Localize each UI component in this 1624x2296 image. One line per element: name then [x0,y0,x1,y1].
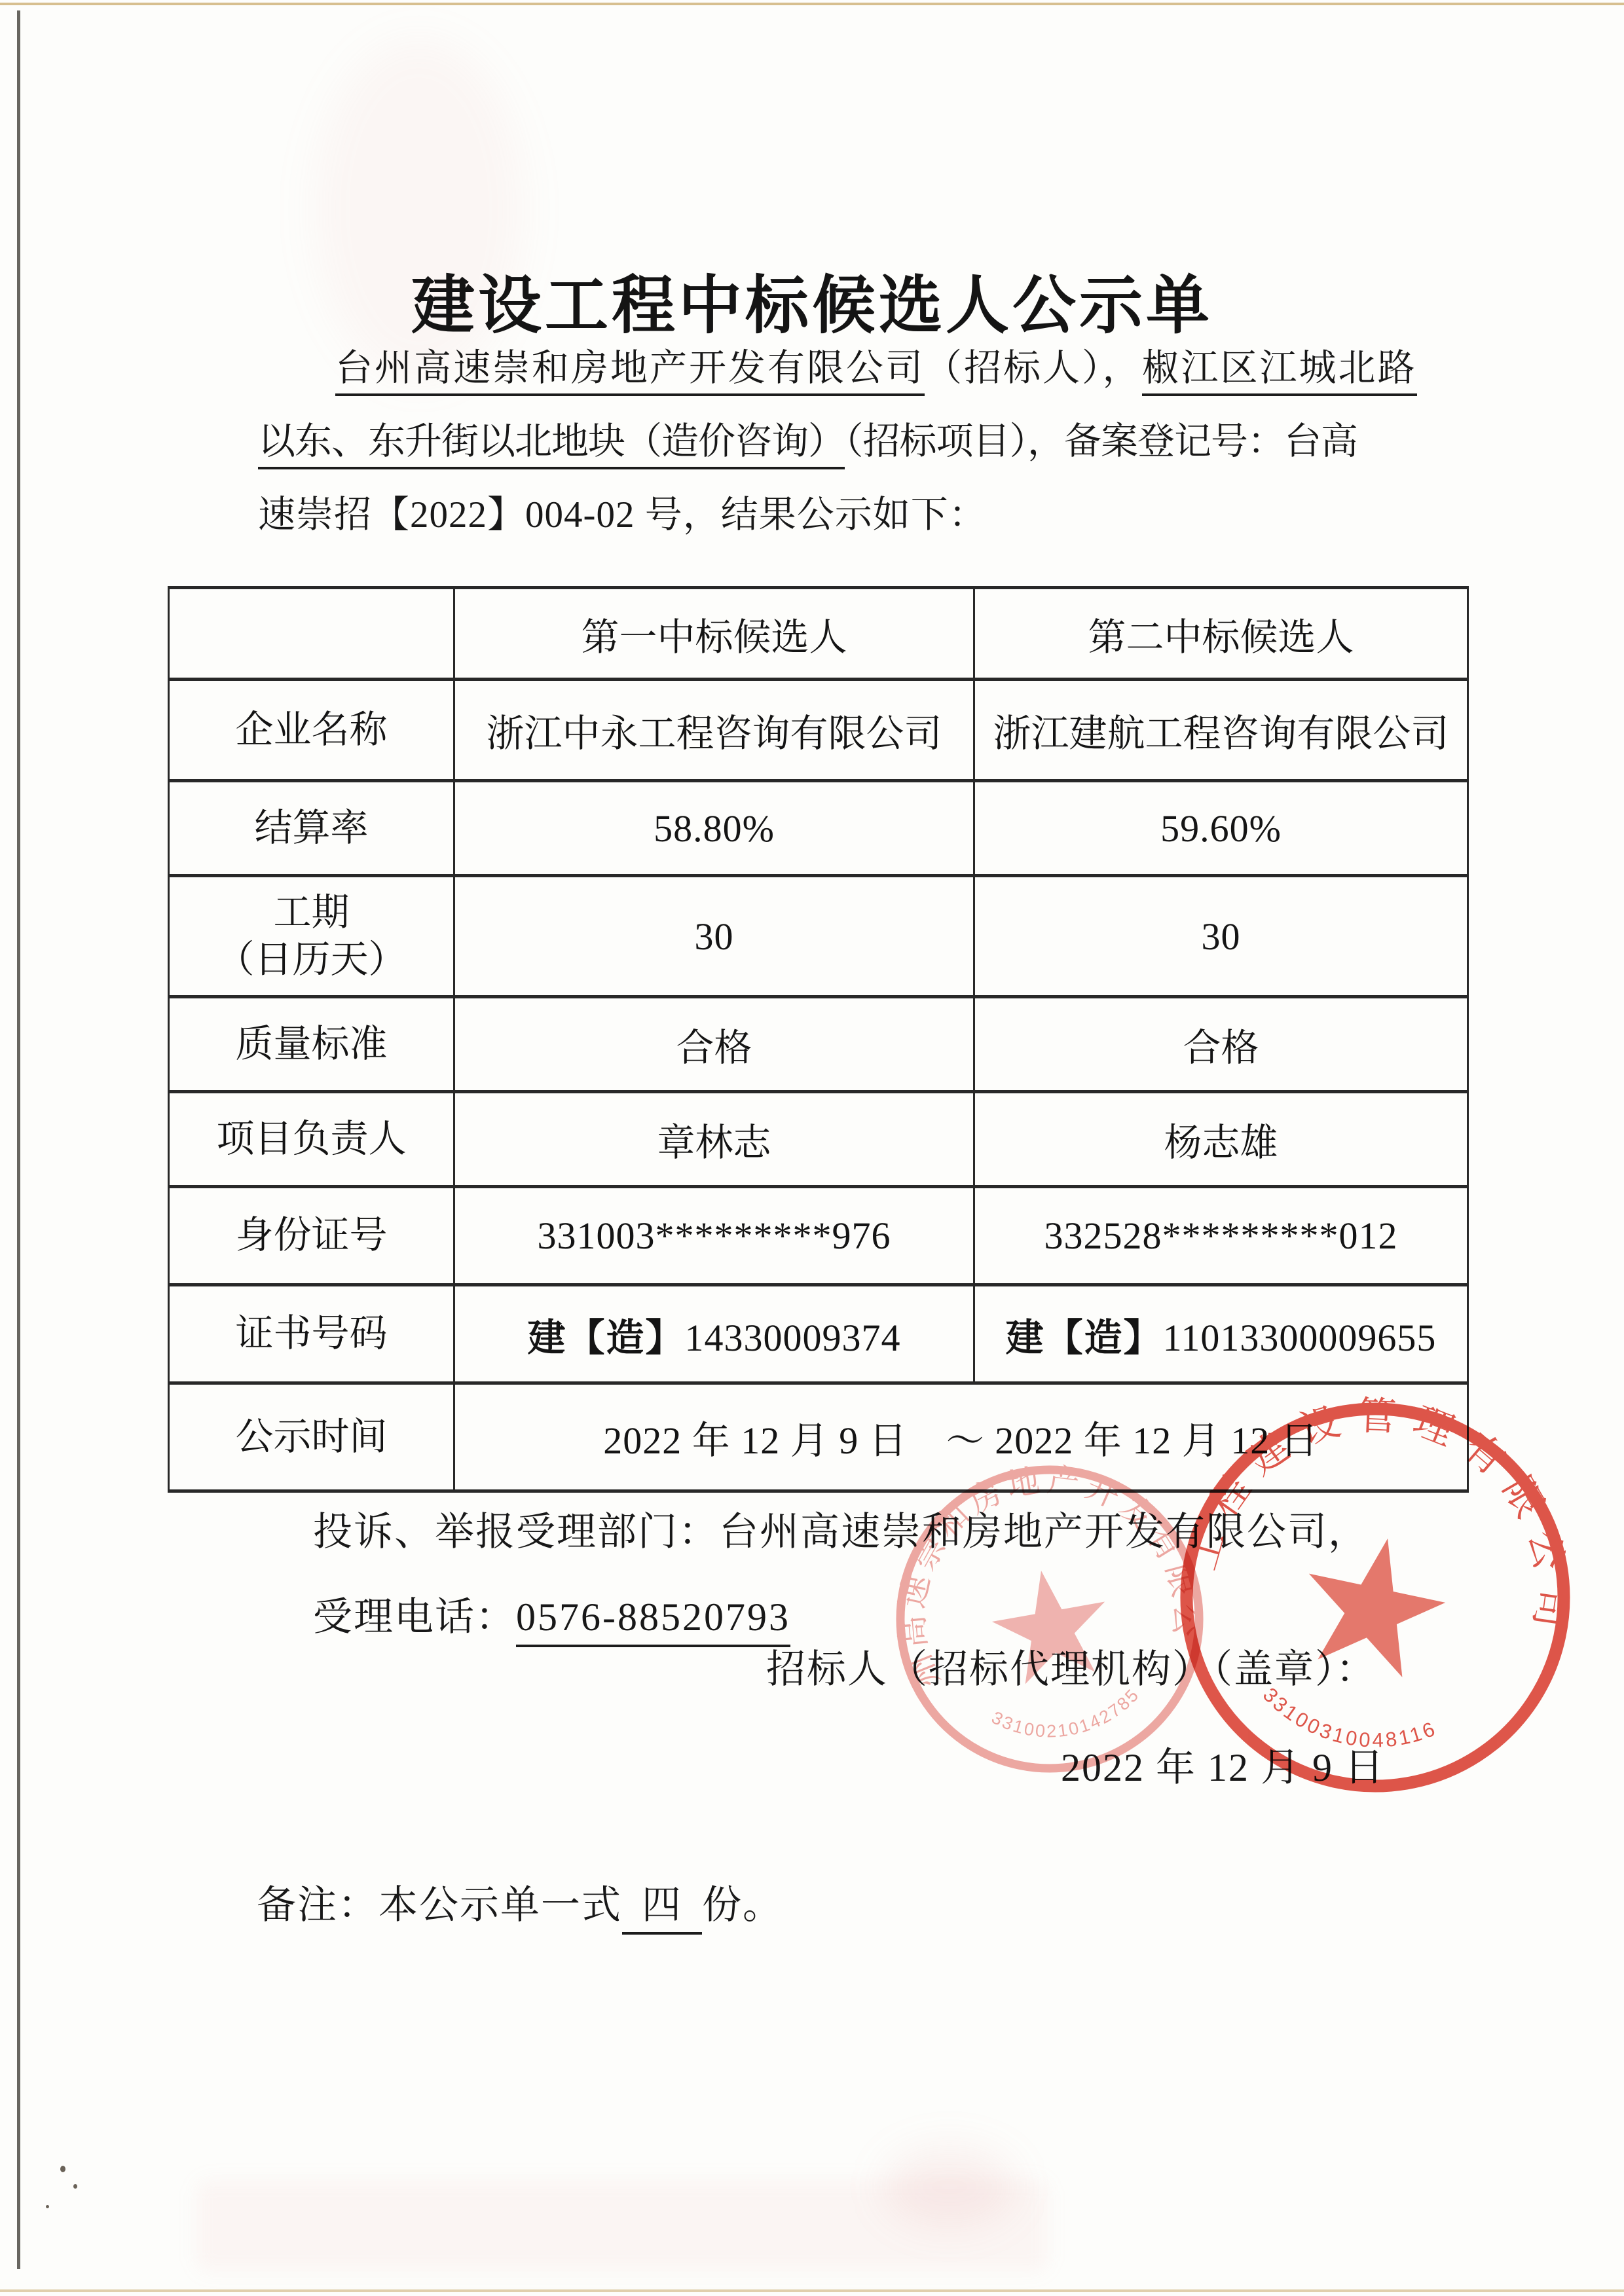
row-label: 企业名称 [169,680,454,781]
scan-smudge [196,2180,1048,2272]
table-row-duration: 工期 （日历天） 30 30 [169,876,1468,997]
seal-caption: 招标人（招标代理机构）（盖章）： [766,1638,1376,1694]
complaint-line: 投诉、举报受理部门：台州高速崇和房地产开发有限公司， [313,1501,1369,1557]
certificate-number-2: 11013300009655 [1163,1317,1437,1359]
scan-smudge [884,2147,1015,2226]
intro-line-2: 以东、东升街以北地块（造价咨询）（招标项目），备案登记号：台高 [258,411,1357,465]
rate-cell-2: 59.60% [974,781,1468,876]
underlined-bidder-name: 台州高速崇和房地产开发有限公司 [335,348,925,396]
intro-line-3: 速崇招【2022】004-02 号，结果公示如下： [258,484,987,538]
publicity-period-cell: 2022 年 12 月 9 日 ～ 2022 年 12 月 12 日 [454,1383,1468,1491]
scan-edge-bottom [0,2289,1624,2292]
table-row-id-number: 身份证号 331003*********976 332528*********0… [169,1187,1468,1285]
scan-edge-left-line [17,10,20,2269]
note-copies-count: 四 [622,1884,702,1935]
duration-cell-2: 30 [974,876,1468,997]
header-second-candidate: 第二中标候选人 [974,588,1468,680]
table-row-manager: 项目负责人 章林志 杨志雄 [169,1092,1468,1187]
table-row-certificate: 证书号码 建【造】14330009374 建【造】11013300009655 [169,1285,1468,1383]
certificate-prefix: 建【造】 [527,1317,684,1359]
scanned-document-page: 建设工程中标候选人公示单 台州高速崇和房地产开发有限公司（招标人），椒江区江城北… [0,0,1624,2296]
row-label: 质量标准 [169,997,454,1092]
quality-cell-1: 合格 [454,997,974,1092]
table-row-quality: 质量标准 合格 合格 [169,997,1468,1092]
row-label: 证书号码 [169,1285,454,1383]
scan-speck [73,2184,77,2189]
duration-cell-1: 30 [454,876,974,997]
phone-number: 0576-88520793 [516,1595,790,1647]
underlined-project-location: 椒江区江城北路 [1142,348,1417,396]
candidates-table: 第一中标候选人 第二中标候选人 企业名称 浙江中永工程咨询有限公司 浙江建航工程… [168,586,1469,1493]
quality-cell-2: 合格 [974,997,1468,1092]
table-row-rate: 结算率 58.80% 59.60% [169,781,1468,876]
note-line: 备注：本公示单一式四份。 [257,1874,783,1930]
scan-edge-top [0,3,1624,5]
id-cell-2: 332528*********012 [974,1187,1468,1285]
company-cell-2: 浙江建航工程咨询有限公司 [974,680,1468,781]
table-row-publicity-time: 公示时间 2022 年 12 月 9 日 ～ 2022 年 12 月 12 日 [169,1383,1468,1491]
page-title: 建设工程中标候选人公示单 [0,254,1624,346]
row-label: 结算率 [169,781,454,876]
signature-date: 2022 年 12 月 9 日 [1061,1736,1385,1793]
note-prefix: 备注：本公示单一式 [257,1884,622,1927]
phone-label: 受理电话： [313,1595,516,1639]
header-first-candidate: 第一中标候选人 [454,588,974,680]
note-suffix: 份。 [702,1884,783,1927]
company-cell-1: 浙江中永工程咨询有限公司 [454,680,974,781]
certificate-prefix: 建【造】 [1006,1317,1163,1359]
row-label: 公示时间 [169,1383,454,1491]
manager-cell-2: 杨志雄 [974,1092,1468,1187]
certificate-number-1: 14330009374 [685,1317,901,1359]
certificate-cell-2: 建【造】11013300009655 [974,1285,1468,1383]
certificate-cell-1: 建【造】14330009374 [454,1285,974,1383]
table-row-company: 企业名称 浙江中永工程咨询有限公司 浙江建航工程咨询有限公司 [169,680,1468,781]
intro-plain-text: （招标人）， [925,348,1142,389]
table-header-row: 第一中标候选人 第二中标候选人 [169,588,1468,680]
manager-cell-1: 章林志 [454,1092,974,1187]
rate-cell-1: 58.80% [454,781,974,876]
intro-plain-text: （招标项目），备案登记号：台高 [845,421,1357,462]
intro-line-1: 台州高速崇和房地产开发有限公司（招标人），椒江区江城北路 [335,338,1417,392]
id-cell-1: 331003*********976 [454,1187,974,1285]
scan-speck [60,2166,65,2172]
row-label: 身份证号 [169,1187,454,1285]
phone-line: 受理电话：0576-88520793 [313,1586,790,1642]
header-empty-cell [169,588,454,680]
row-label: 项目负责人 [169,1092,454,1187]
scan-speck [46,2205,49,2208]
row-label: 工期 （日历天） [169,876,454,997]
underlined-project-location-2: 以东、东升街以北地块（造价咨询） [258,421,845,469]
